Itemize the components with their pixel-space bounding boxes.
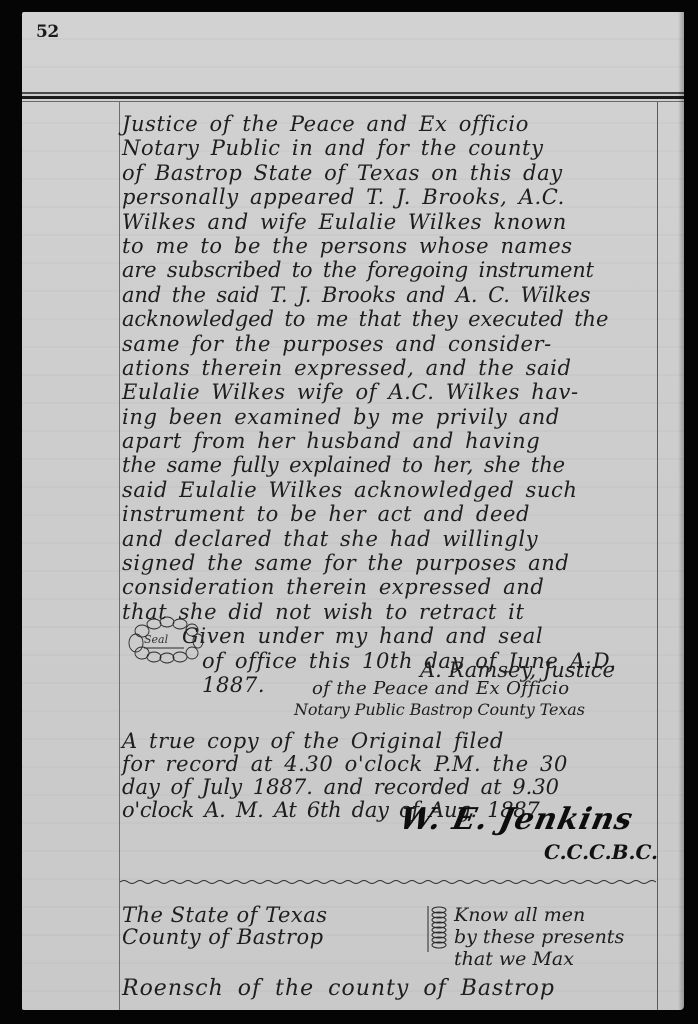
text-line: to me to be the persons whose names [122, 234, 656, 258]
text-line: and declared that she had willingly [122, 527, 656, 551]
text-line: are subscribed to the foregoing instrume… [122, 258, 656, 282]
text-line: A true copy of the Original filed [122, 730, 656, 753]
heading-line: by these presents [454, 926, 624, 948]
clerk-title: C.C.C.B.C. [544, 840, 658, 864]
text-line: ations therein expressed, and the said [122, 356, 656, 380]
text-line: consideration therein expressed and [122, 575, 656, 599]
text-line: ing been examined by me privily and [122, 405, 656, 429]
text-line: Notary Public in and for the county [122, 136, 656, 160]
page-edge-shadow [678, 12, 684, 1010]
justice-title-line-1: of the Peace and Ex Officio [312, 678, 569, 699]
heading-line: that we Max [454, 948, 624, 970]
clerk-signature: W. E. Jenkins [396, 802, 636, 837]
text-line: acknowledged to me that they executed th… [122, 307, 656, 331]
ledger-page: 52 Justice of the Peace and Ex officio N… [22, 12, 684, 1010]
text-line: Justice of the Peace and Ex officio [122, 112, 656, 136]
justice-title-line-2: Notary Public Bastrop County Texas [294, 700, 585, 719]
text-line: same for the purposes and consider- [122, 332, 656, 356]
header-rule-thin [22, 101, 684, 102]
next-deed-heading-left: The State of Texas County of Bastrop [122, 904, 328, 948]
acknowledgment-text: Justice of the Peace and Ex officio Nota… [122, 112, 656, 697]
text-line: instrument to be her act and deed [122, 502, 656, 526]
text-line: Wilkes and wife Eulalie Wilkes known [122, 210, 656, 234]
bracket-scroll-icon [426, 904, 452, 954]
text-line: said Eulalie Wilkes acknowledged such [122, 478, 656, 502]
section-separator [120, 878, 656, 886]
text-line: for record at 4.30 o'clock P.M. the 30 [122, 753, 656, 776]
text-line: personally appeared T. J. Brooks, A.C. [122, 185, 656, 209]
text-line: day of July 1887. and recorded at 9.30 [122, 776, 656, 799]
left-margin-line [119, 102, 120, 1010]
text-line: of Bastrop State of Texas on this day [122, 161, 656, 185]
next-deed-heading-right: Know all men by these presents that we M… [454, 904, 624, 970]
heading-line: The State of Texas [122, 904, 328, 926]
right-margin-line [657, 102, 658, 1010]
text-line: Roensch of the county of Bastrop [122, 976, 555, 1000]
text-line: the same fully explained to her, she the [122, 453, 656, 477]
page-number: 52 [36, 22, 59, 42]
next-deed-body: Roensch of the county of Bastrop [122, 976, 555, 1000]
text-line: signed the same for the purposes and [122, 551, 656, 575]
text-line: Eulalie Wilkes wife of A.C. Wilkes hav- [122, 380, 656, 404]
text-line: apart from her husband and having [122, 429, 656, 453]
text-line: and the said T. J. Brooks and A. C. Wilk… [122, 283, 656, 307]
heading-line: Know all men [454, 904, 624, 926]
seal-scroll-icon: Seal [122, 615, 208, 665]
header-rule [22, 92, 684, 94]
seal-label: Seal [144, 633, 168, 646]
heading-line: County of Bastrop [122, 926, 328, 948]
header-rule-thick [22, 96, 684, 99]
